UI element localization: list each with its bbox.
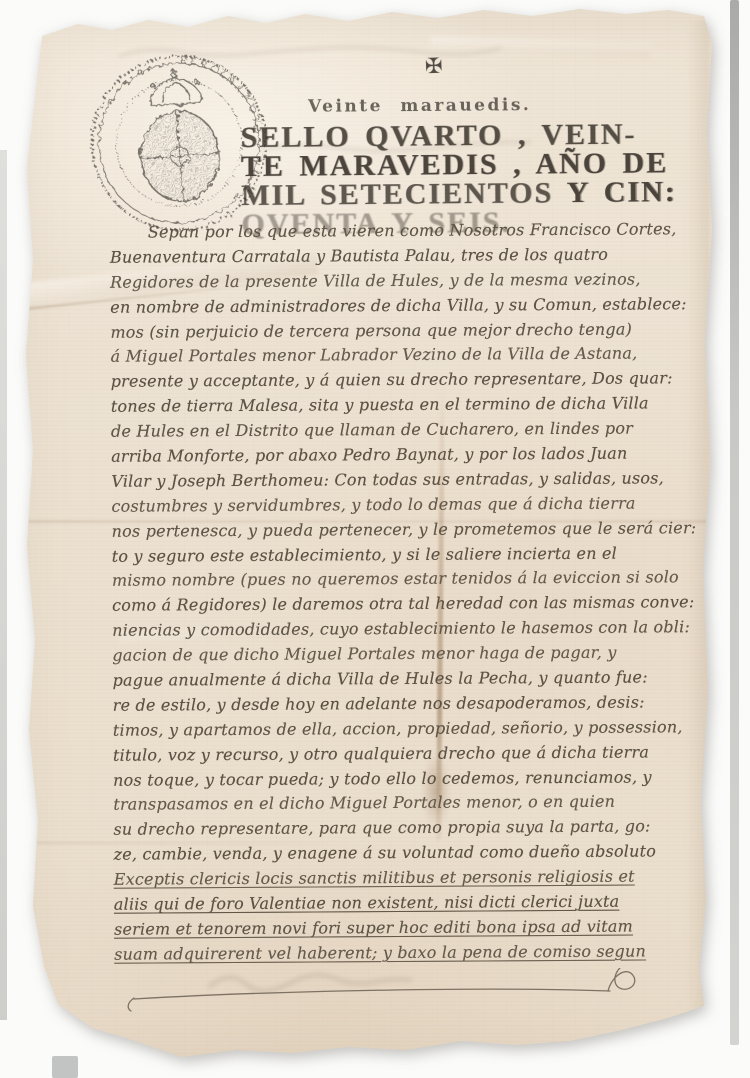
paper-sheet: FERDINANDVS · VI · — [0, 0, 750, 1078]
manuscript-line: re de estilo, y desde hoy en adelante no… — [113, 690, 681, 718]
closing-rule-flourish — [118, 968, 678, 1028]
cross-pattee-ornament-icon: ✠ — [425, 54, 443, 79]
crown-icon — [149, 67, 202, 105]
manuscript-line: Vilar y Joseph Berthomeu: Con todas sus … — [111, 466, 679, 494]
manuscript-line: Sepan por los que esta vieren como Nosot… — [110, 217, 678, 245]
manuscript-line: mismo nombre (pues no queremos estar ten… — [112, 566, 680, 594]
manuscript-line: timos, y apartamos de ella, accion, prop… — [113, 715, 681, 743]
manuscript-line: su drecho representare, para que como pr… — [113, 815, 681, 843]
manuscript-line: mos (sin perjuicio de tercera persona qu… — [110, 317, 678, 345]
scanned-document: FERDINANDVS · VI · — [0, 0, 750, 1078]
manuscript-line: Regidores de la presente Villa de Hules,… — [110, 267, 678, 295]
manuscript-line: costumbres y servidumbres, y todo lo dem… — [111, 491, 679, 519]
manuscript-line-latin: seriem et tenorem novi fori super hoc ed… — [114, 914, 682, 942]
manuscript-line: gacion de que dicho Miguel Portales meno… — [112, 640, 680, 668]
stamp-duty-line: Veinte marauedis. — [308, 95, 531, 117]
manuscript-line: Buenaventura Carratala y Bautista Palau,… — [110, 242, 678, 270]
manuscript-line: en nombre de administradores de dicha Vi… — [110, 292, 678, 320]
manuscript-line-latin: Exceptis clericis locis sanctis militibu… — [114, 864, 682, 892]
manuscript-line: niencias y comodidades, cuyo establecimi… — [112, 616, 680, 644]
manuscript-line-latin: suam adquirerent vel haberent; y baxo la… — [114, 939, 682, 967]
manuscript-line: ze, cambie, venda, y enagene á su volunt… — [114, 840, 682, 868]
manuscript-line: to y seguro este establecimiento, y si l… — [112, 541, 680, 569]
manuscript-line: pague anualmente á dicha Villa de Hules … — [112, 665, 680, 693]
manuscript-line: tones de tierra Malesa, sita y puesta en… — [111, 392, 679, 420]
manuscript-body: Sepan por los que esta vieren como Nosot… — [110, 217, 683, 967]
manuscript-line-latin: aliis qui de foro Valentiae non existent… — [114, 889, 682, 917]
manuscript-line: como á Regidores) le daremos otra tal he… — [112, 591, 680, 619]
manuscript-line: nos pertenesca, y pueda pertenecer, y le… — [112, 516, 680, 544]
manuscript-line: transpasamos en el dicho Miguel Portales… — [113, 790, 681, 818]
manuscript-line: nos toque, y tocar pueda; y todo ello lo… — [113, 765, 681, 793]
manuscript-line: presente y acceptante, y á quien su drec… — [111, 367, 679, 395]
manuscript-line: á Miguel Portales menor Labrador Vezino … — [110, 342, 678, 370]
manuscript-line: arriba Monforte, por abaxo Pedro Baynat,… — [111, 441, 679, 469]
shield-icon — [138, 108, 222, 203]
manuscript-line: de Hules en el Distrito que llaman de Cu… — [111, 416, 679, 444]
manuscript-line: titulo, voz y recurso, y otro qualquiera… — [113, 740, 681, 768]
